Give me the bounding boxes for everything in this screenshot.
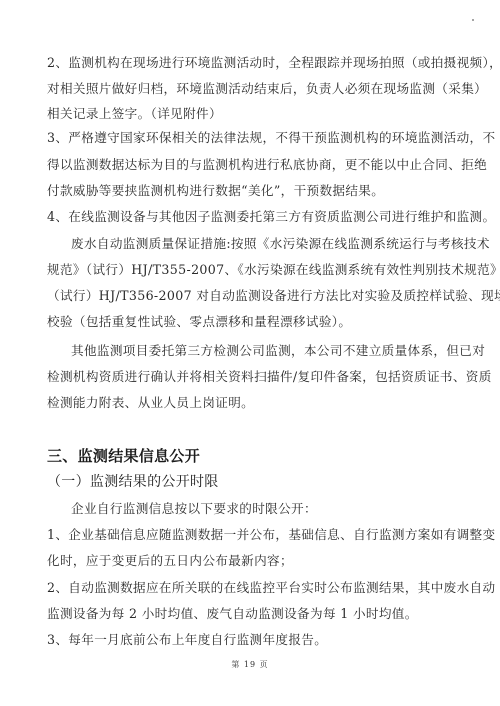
paragraph-line: 检测能力附表、从业人员上岗证明。 — [47, 395, 457, 411]
page-number: 第 19 页 — [0, 660, 500, 670]
document-page: 2、监测机构在现场进行环境监测活动时，全程跟踪并现场拍照（或拍摄视频）， 对相关… — [0, 0, 500, 706]
paragraph-line: 监测设备为每 2 小时均值、废气自动监测设备为每 1 小时均值。 — [47, 606, 457, 622]
paragraph-line: 4、在线监测设备与其他因子监测委托第三方有资质监测公司进行维护和监测。 — [47, 209, 457, 225]
paragraph-line: 得以监测数据达标为目的与监测机构进行私底协商，更不能以中止合同、拒绝 — [47, 157, 457, 173]
paragraph-line: 相关记录上签字。（详见附件） — [47, 106, 457, 122]
paragraph-line: 检测机构资质进行确认并将相关资料扫描件/复印件备案，包括资质证书、资质 — [47, 369, 457, 385]
paragraph-line: 化时，应于变更后的五日内公布最新内容； — [47, 553, 457, 569]
paragraph-line: 2、监测机构在现场进行环境监测活动时，全程跟踪并现场拍照（或拍摄视频）， — [47, 55, 457, 71]
paragraph-line: 3、每年一月底前公布上年度自行监测年度报告。 — [47, 632, 457, 648]
scan-speck — [472, 19, 474, 21]
paragraph-line: 废水自动监测质量保证措施:按照《水污染源在线监测系统运行与考核技术 — [71, 236, 481, 252]
paragraph-line: 规范》（试行）HJ/T355-2007、《水污染源在线监测系统有效性判别技术规范… — [47, 262, 457, 278]
paragraph-line: 2、自动监测数据应在所关联的在线监控平台实时公布监测结果，其中废水自动 — [47, 580, 457, 596]
paragraph-line: 3、严格遵守国家环保相关的法律法规，不得干预监测机构的环境监测活动，不 — [47, 130, 457, 146]
paragraph-line: 1、企业基础信息应随监测数据一并公布，基础信息、自行监测方案如有调整变 — [47, 527, 457, 543]
section-heading: 三、监测结果信息公开 — [47, 447, 200, 465]
paragraph-line: （试行）HJ/T356-2007 对自动监测设备进行方法比对实验及质控样试验、现… — [47, 288, 457, 304]
paragraph-line: 其他监测项目委托第三方检测公司监测，本公司不建立质量体系，但已对 — [71, 343, 481, 359]
paragraph-line: 企业自行监测信息按以下要求的时限公开： — [71, 501, 481, 517]
paragraph-line: 校验（包括重复性试验、零点漂移和量程漂移试验）。 — [47, 314, 457, 330]
paragraph-line: 对相关照片做好归档，环境监测活动结束后，负责人必须在现场监测（采集） — [47, 81, 457, 97]
subsection-heading: （一）监测结果的公开时限 — [47, 473, 219, 491]
paragraph-line: 付款威胁等要挟监测机构进行数据“美化”，干预数据结果。 — [47, 183, 457, 199]
